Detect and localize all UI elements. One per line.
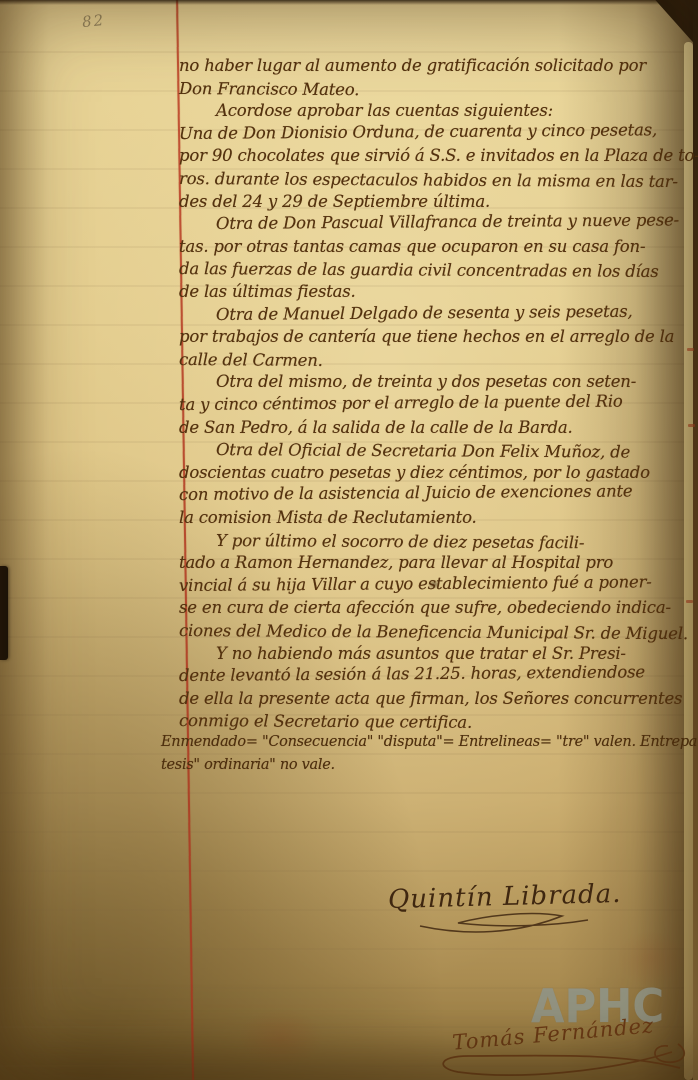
- amendment-line: tesis" ordinaria" no vale.: [161, 757, 335, 773]
- signature-flourish-icon: [412, 908, 602, 940]
- amendment-line: Enmendado= "Consecuencia" "disputa"= Ent…: [161, 734, 698, 750]
- manuscript-photo: 82 no haber lugar al aumento de gratific…: [0, 0, 698, 1080]
- signature-rubric-icon: [428, 1038, 698, 1080]
